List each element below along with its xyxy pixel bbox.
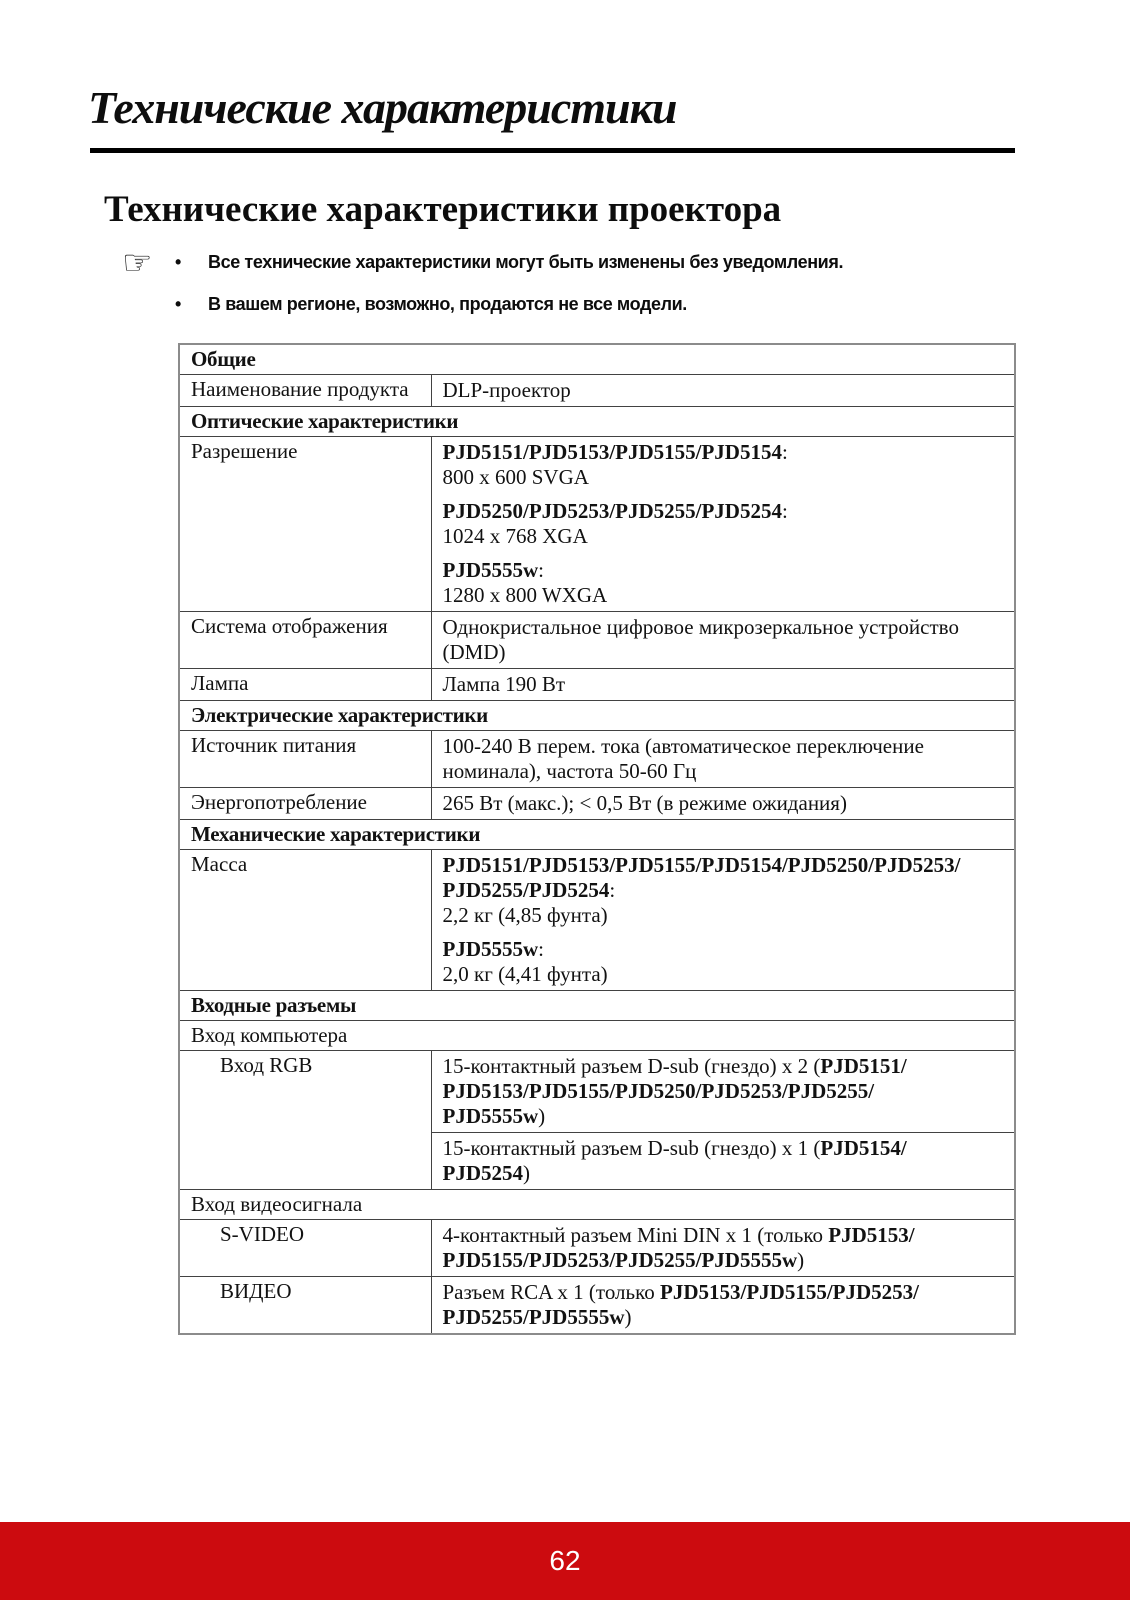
section-header: Общие [179,344,1015,375]
spec-text: 1280 x 800 WXGA [443,583,608,607]
spec-text: DLP-проектор [443,378,571,402]
spec-value: DLP-проектор [431,375,1015,407]
spec-value: 100-240 В перем. тока (автоматическое пе… [431,731,1015,788]
model-names: PJD5254 [443,1161,524,1185]
spec-label: ВИДЕО [179,1277,431,1335]
spec-value: Разъем RCA x 1 (только PJD5153/PJD5155/P… [431,1277,1015,1335]
spec-label: Наименование продукта [179,375,431,407]
model-names: PJD5151/PJD5153/PJD5155/PJD5154/PJD5250/… [443,853,961,877]
section-header: Механические характеристики [179,820,1015,850]
spec-text: ) [797,1248,804,1272]
spec-row: МассаPJD5151/PJD5153/PJD5155/PJD5154/PJD… [179,850,1015,991]
spec-row: ЛампаЛампа 190 Вт [179,669,1015,701]
spec-paragraph: PJD5250/PJD5253/PJD5255/PJD5254:1024 x 7… [443,499,1004,549]
footer-bar: 62 [0,1522,1130,1600]
spec-value: Лампа 190 Вт [431,669,1015,701]
spec-text: : [538,558,544,582]
bullet-icon: • [175,252,208,273]
model-names: PJD5151/PJD5153/PJD5155/PJD5154 [443,440,782,464]
model-names: PJD5153/PJD5155/PJD5253/ [660,1280,919,1304]
spec-row: Источник питания100-240 В перем. тока (а… [179,731,1015,788]
spec-row: Наименование продуктаDLP-проектор [179,375,1015,407]
spec-text: 800 x 600 SVGA [443,465,589,489]
spec-label: Вход RGB [179,1051,431,1190]
section-row: Общие [179,344,1015,375]
spec-value: 265 Вт (макс.); < 0,5 Вт (в режиме ожида… [431,788,1015,820]
spec-paragraph: Однокристальное цифровое микрозеркальное… [443,615,1004,665]
spec-text: Лампа 190 Вт [443,672,566,696]
spec-text: Однокристальное цифровое микрозеркальное… [443,615,959,664]
spec-text: 1024 x 768 XGA [443,524,588,548]
spec-table: ОбщиеНаименование продуктаDLP-проекторОп… [178,343,1016,1335]
spec-row: РазрешениеPJD5151/PJD5153/PJD5155/PJD515… [179,437,1015,612]
spec-text: : [609,878,615,902]
model-names: PJD5154/ [820,1136,906,1160]
note-text: В вашем регионе, возможно, продаются не … [208,294,687,315]
spec-paragraph: PJD5151/PJD5153/PJD5155/PJD5154:800 x 60… [443,440,1004,490]
model-names: PJD5555w [443,1104,539,1128]
spec-text: 265 Вт (макс.); < 0,5 Вт (в режиме ожида… [443,791,847,815]
spec-row: S-VIDEO4-контактный разъем Mini DIN x 1 … [179,1220,1015,1277]
spec-text: 4-контактный разъем Mini DIN x 1 (только [443,1223,829,1247]
spec-paragraph: Разъем RCA x 1 (только PJD5153/PJD5155/P… [443,1280,1004,1330]
spec-label: Разрешение [179,437,431,612]
spec-row: Вход RGB15-контактный разъем D-sub (гнез… [179,1051,1015,1133]
spec-label: Энергопотребление [179,788,431,820]
section-header: Входные разъемы [179,991,1015,1021]
spec-paragraph: PJD5555w:2,0 кг (4,41 фунта) [443,937,1004,987]
section-row: Электрические характеристики [179,701,1015,731]
model-names: PJD5250/PJD5253/PJD5255/PJD5254 [443,499,782,523]
model-names: PJD5255/PJD5254 [443,878,610,902]
spec-text: 15-контактный разъем D-sub (гнездо) x 1 … [443,1136,821,1160]
document-page: Технические характеристики Технические х… [0,0,1130,1600]
note-row: • В вашем регионе, возможно, продаются н… [122,294,1022,315]
header-rule [90,148,1015,153]
spec-label: Источник питания [179,731,431,788]
notes-block: ☞ • Все технические характеристики могут… [122,252,1022,335]
spec-text: : [782,440,788,464]
page-title: Технические характеристики [88,82,677,134]
spec-paragraph: Лампа 190 Вт [443,672,1004,697]
spec-text: 2,2 кг (4,85 фунта) [443,903,608,927]
spec-value: 15-контактный разъем D-sub (гнездо) x 2 … [431,1051,1015,1133]
spec-value: Однокристальное цифровое микрозеркальное… [431,612,1015,669]
section-row: Входные разъемы [179,991,1015,1021]
section-title: Технические характеристики проектора [104,188,781,232]
full-row: Вход компьютера [179,1021,1015,1051]
spec-label: Лампа [179,669,431,701]
spec-paragraph: 15-контактный разъем D-sub (гнездо) x 1 … [443,1136,1004,1186]
spec-label: Масса [179,850,431,991]
note-row: ☞ • Все технические характеристики могут… [122,252,1022,274]
spec-text: 100-240 В перем. тока (автоматическое пе… [443,734,924,783]
spec-text: ) [523,1161,530,1185]
spec-text: ) [625,1305,632,1329]
note-text: Все технические характеристики могут быт… [208,252,843,273]
spec-row: ВИДЕОРазъем RCA x 1 (только PJD5153/PJD5… [179,1277,1015,1335]
group-label: Вход видеосигнала [179,1190,1015,1220]
spec-paragraph: 100-240 В перем. тока (автоматическое пе… [443,734,1004,784]
full-row: Вход видеосигнала [179,1190,1015,1220]
spec-label: Система отображения [179,612,431,669]
spec-paragraph: 4-контактный разъем Mini DIN x 1 (только… [443,1223,1004,1273]
spec-value: PJD5151/PJD5153/PJD5155/PJD5154:800 x 60… [431,437,1015,612]
model-names: PJD5555w [443,937,539,961]
spec-text: 15-контактный разъем D-sub (гнездо) x 2 … [443,1054,821,1078]
page-number: 62 [549,1545,580,1577]
pointing-hand-icon: ☞ [122,252,175,274]
spec-text: Разъем RCA x 1 (только [443,1280,661,1304]
spec-text: : [538,937,544,961]
section-header: Электрические характеристики [179,701,1015,731]
spec-text: ) [538,1104,545,1128]
model-names: PJD5255/PJD5555w [443,1305,625,1329]
spec-text: 2,0 кг (4,41 фунта) [443,962,608,986]
model-names: PJD5555w [443,558,539,582]
spec-value: 15-контактный разъем D-sub (гнездо) x 1 … [431,1133,1015,1190]
model-names: PJD5153/ [828,1223,914,1247]
spec-paragraph: 265 Вт (макс.); < 0,5 Вт (в режиме ожида… [443,791,1004,816]
spec-row: Система отображенияОднокристальное цифро… [179,612,1015,669]
spec-paragraph: DLP-проектор [443,378,1004,403]
model-names: PJD5153/PJD5155/PJD5250/PJD5253/PJD5255/ [443,1079,875,1103]
spec-paragraph: PJD5555w:1280 x 800 WXGA [443,558,1004,608]
spec-paragraph: PJD5151/PJD5153/PJD5155/PJD5154/PJD5250/… [443,853,1004,928]
spec-value: PJD5151/PJD5153/PJD5155/PJD5154/PJD5250/… [431,850,1015,991]
section-row: Оптические характеристики [179,407,1015,437]
spec-value: 4-контактный разъем Mini DIN x 1 (только… [431,1220,1015,1277]
spec-row: Энергопотребление265 Вт (макс.); < 0,5 В… [179,788,1015,820]
spec-paragraph: 15-контактный разъем D-sub (гнездо) x 2 … [443,1054,1004,1129]
group-label: Вход компьютера [179,1021,1015,1051]
section-row: Механические характеристики [179,820,1015,850]
spec-text: : [782,499,788,523]
model-names: PJD5151/ [820,1054,906,1078]
model-names: PJD5155/PJD5253/PJD5255/PJD5555w [443,1248,798,1272]
section-header: Оптические характеристики [179,407,1015,437]
spec-label: S-VIDEO [179,1220,431,1277]
bullet-icon: • [175,294,208,315]
